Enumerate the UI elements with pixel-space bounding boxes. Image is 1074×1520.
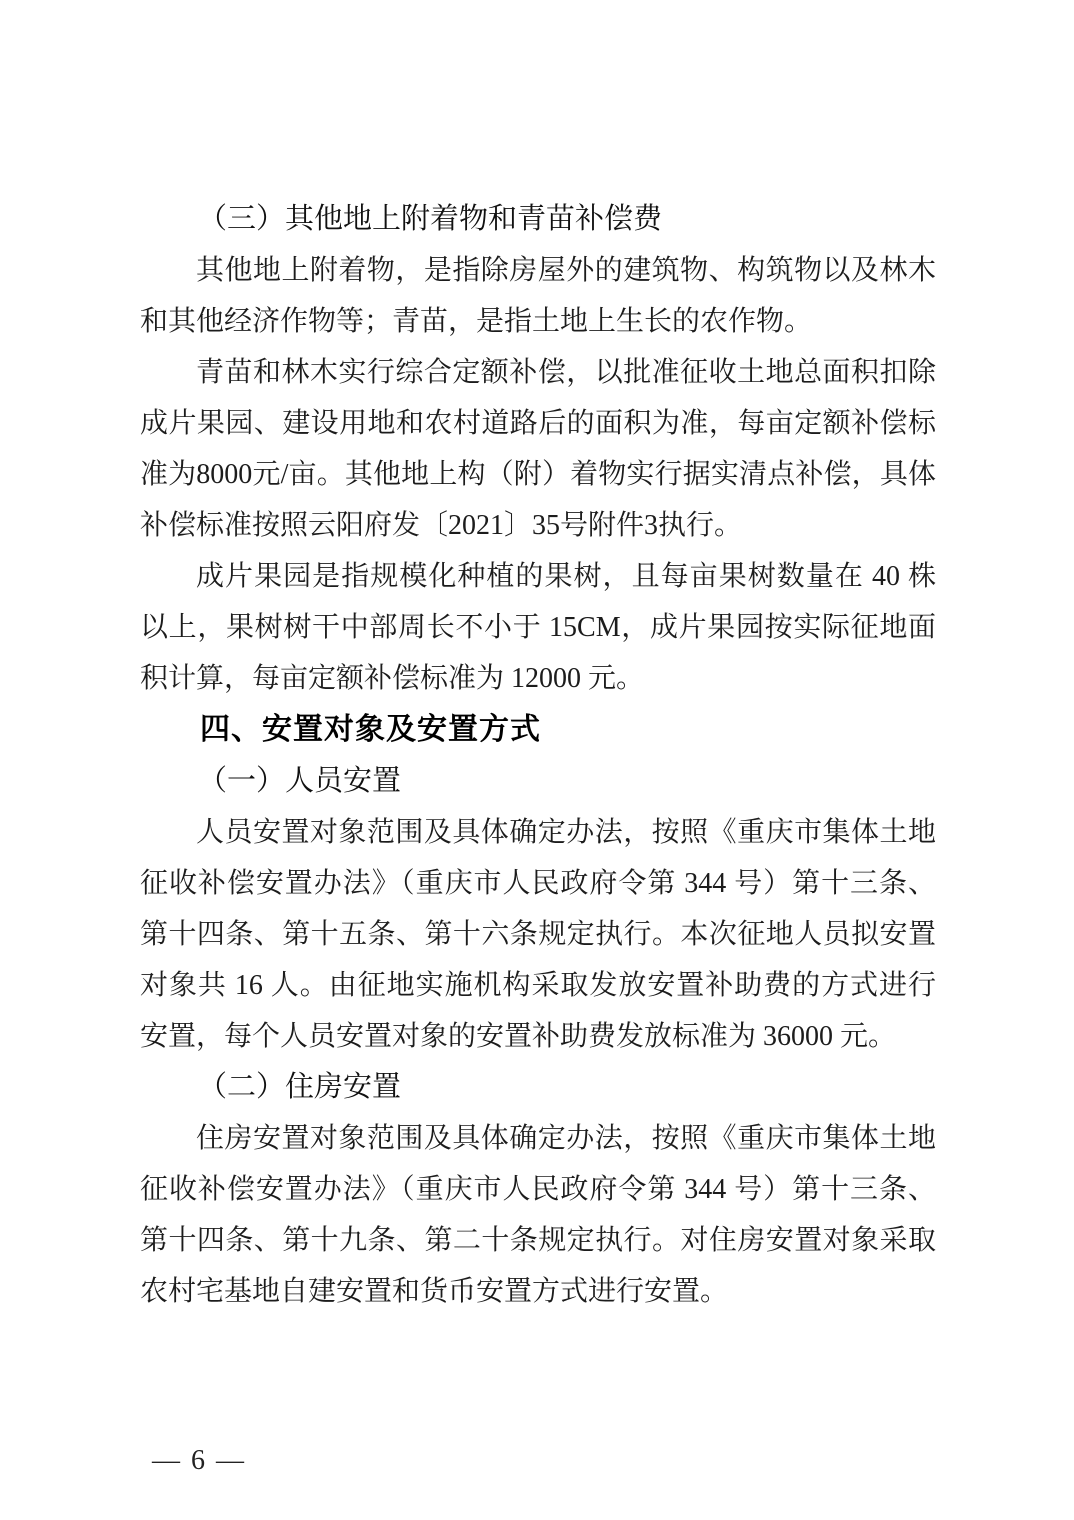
paragraph-orchard-compensation-standard: 成片果园是指规模化种植的果树，且每亩果树数量在 40 株以上，果树树干中部周长不… [140, 551, 936, 704]
paragraph-housing-placement-details: 住房安置对象范围及具体确定办法，按照《重庆市集体土地征收补偿安置办法》（重庆市人… [140, 1113, 936, 1317]
document-content: （三）其他地上附着物和青苗补偿费 其他地上附着物，是指除房屋外的建筑物、构筑物以… [140, 194, 936, 1317]
document-page: （三）其他地上附着物和青苗补偿费 其他地上附着物，是指除房屋外的建筑物、构筑物以… [0, 0, 1074, 1520]
section-heading-placement-objects-methods: 四、安置对象及安置方式 [140, 704, 936, 756]
subheading-housing-placement: （二）住房安置 [140, 1062, 936, 1113]
subheading-other-attachments-compensation: （三）其他地上附着物和青苗补偿费 [140, 194, 936, 245]
paragraph-attachments-definition: 其他地上附着物，是指除房屋外的建筑物、构筑物以及林木和其他经济作物等；青苗，是指… [140, 245, 936, 347]
paragraph-personnel-placement-details: 人员安置对象范围及具体确定办法，按照《重庆市集体土地征收补偿安置办法》（重庆市人… [140, 807, 936, 1062]
paragraph-qingmiao-compensation-standard: 青苗和林木实行综合定额补偿，以批准征收土地总面积扣除成片果园、建设用地和农村道路… [140, 347, 936, 551]
subheading-personnel-placement: （一）人员安置 [140, 756, 936, 807]
page-number: — 6 — [152, 1441, 246, 1481]
